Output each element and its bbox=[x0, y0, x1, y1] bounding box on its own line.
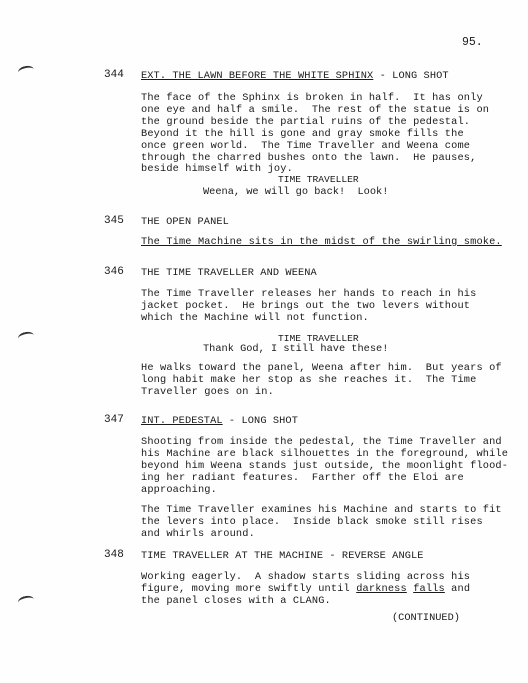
scene-number: 348 bbox=[104, 549, 124, 561]
scene-number: 346 bbox=[104, 266, 124, 278]
scene-number: 344 bbox=[104, 69, 124, 81]
script-page: 95. 344 EXT. THE LAWN BEFORE THE WHITE S… bbox=[0, 0, 528, 683]
scene-heading-location: INT. PEDESTAL bbox=[141, 415, 223, 427]
action-text: The face of the Sphinx is broken in half… bbox=[141, 93, 489, 176]
scene-heading: TIME TRAVELLER AT THE MACHINE - REVERSE … bbox=[141, 550, 424, 562]
scene-heading-location: EXT. THE LAWN BEFORE THE WHITE SPHINX bbox=[141, 70, 373, 82]
action-text: Working eagerly. A shadow starts sliding… bbox=[141, 572, 470, 608]
action-text: The Time Traveller releases her hands to… bbox=[141, 289, 476, 325]
page-number: 95. bbox=[462, 36, 483, 49]
binder-hole-mark-top bbox=[17, 64, 35, 77]
scene-heading-shot: - LONG SHOT bbox=[223, 415, 298, 427]
binder-hole-mark-bottom bbox=[17, 594, 35, 607]
scene-heading: EXT. THE LAWN BEFORE THE WHITE SPHINX - … bbox=[141, 70, 449, 82]
action-text: The Time Machine sits in the midst of th… bbox=[141, 237, 502, 249]
scene-heading: THE OPEN PANEL bbox=[141, 216, 229, 228]
action-text-2: The Time Traveller examines his Machine … bbox=[141, 505, 502, 541]
action-emphasis: falls bbox=[413, 583, 445, 595]
action-text: Shooting from inside the pedestal, the T… bbox=[141, 437, 508, 497]
dialogue: Weena, we will go back! Look! bbox=[203, 186, 388, 198]
action-emphasis: darkness bbox=[356, 583, 407, 595]
binder-hole-mark-middle bbox=[17, 330, 35, 343]
dialogue: Thank God, I still have these! bbox=[203, 343, 388, 355]
scene-heading: INT. PEDESTAL - LONG SHOT bbox=[141, 415, 298, 427]
action-text-2: He walks toward the panel, Weena after h… bbox=[141, 363, 502, 399]
scene-number: 345 bbox=[104, 215, 124, 227]
scene-heading-shot: - LONG SHOT bbox=[373, 70, 448, 82]
character-cue: TIME TRAVELLER bbox=[278, 174, 359, 185]
scene-heading: THE TIME TRAVELLER AND WEENA bbox=[141, 267, 317, 279]
continued-marker: (CONTINUED) bbox=[392, 612, 460, 624]
scene-number: 347 bbox=[104, 414, 124, 426]
